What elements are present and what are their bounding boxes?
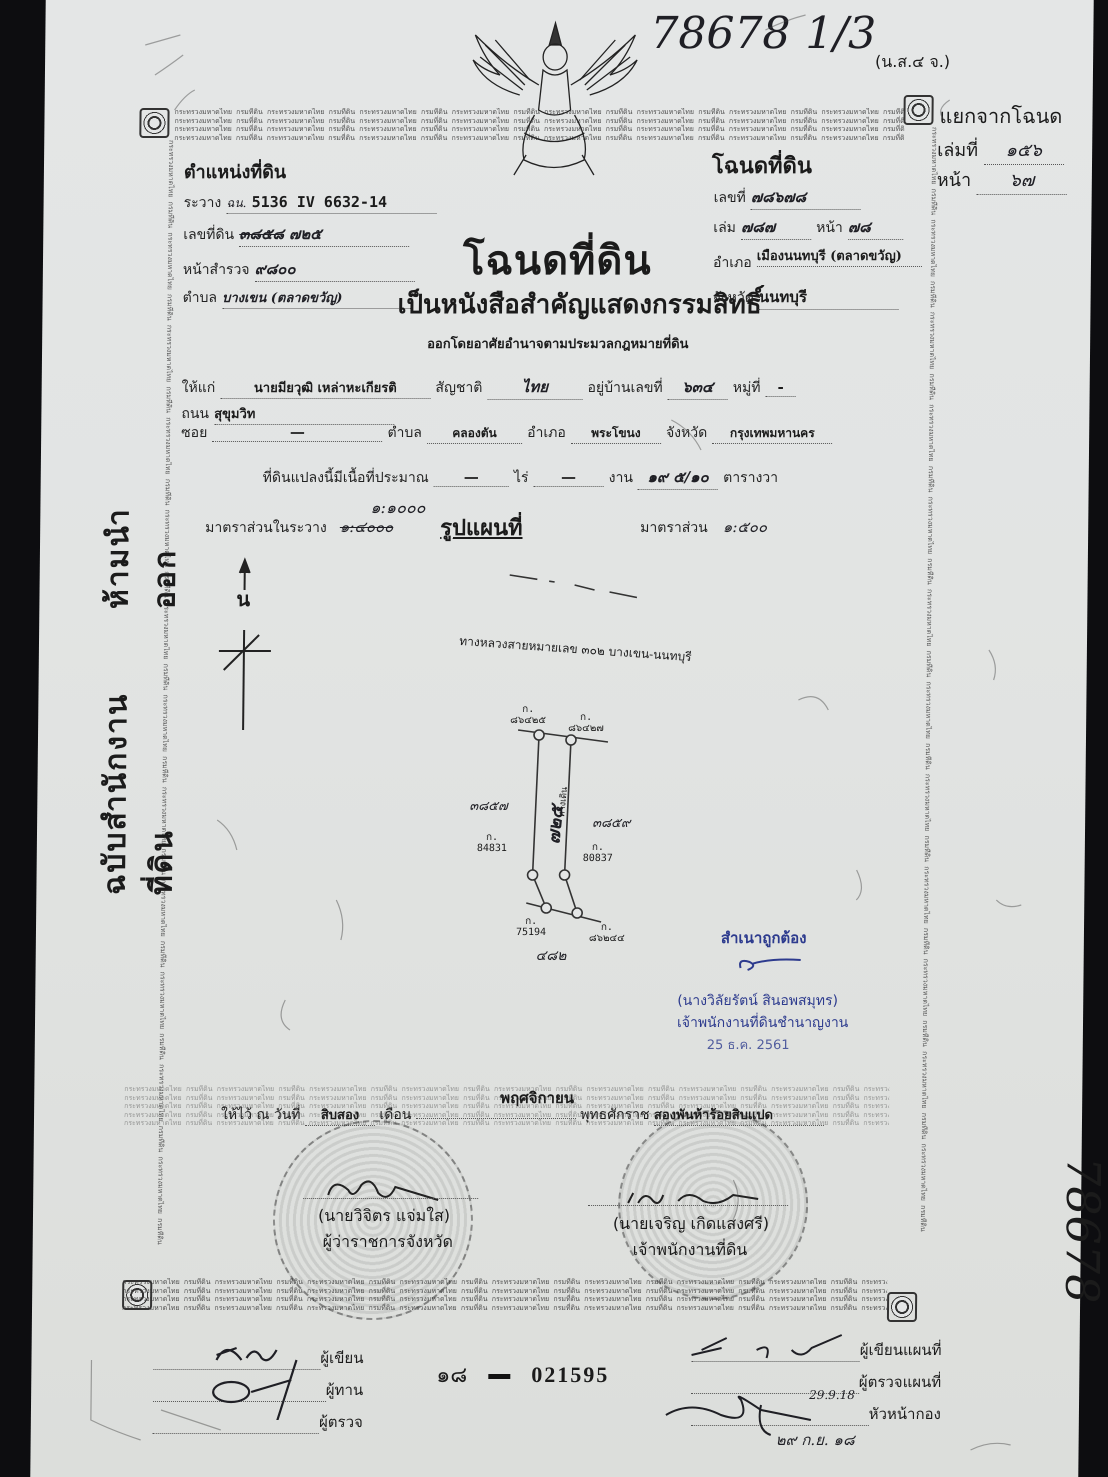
north-arrow-icon	[208, 555, 280, 735]
deed-district-value: เมืองนนทบุรี (ตลาดขวัญ)	[757, 249, 902, 264]
marker-label-5: ก.75194	[516, 916, 546, 938]
deed-province-value: นนทบุรี	[759, 288, 807, 306]
owner-row-2: ซอย — ตำบล คลองตัน อำเภอ พระโขนง จังหวัด…	[181, 422, 901, 444]
signatory-2-name: (นายเจริญ เกิดแสงศรี)	[613, 1212, 769, 1237]
owner-row-1: ให้แก่ นายมียวุฒิ เหล่าหะเกียรติ สัญชาติ…	[182, 375, 902, 400]
deed-number-value: ๗๘๖๗๘	[751, 188, 806, 206]
area-rai: —	[464, 468, 479, 486]
marker-label-3: ก.84831	[477, 832, 507, 854]
subdistrict-value: บางเขน (ตลาดขวัญ)	[222, 291, 343, 306]
parcel-map-drawing	[476, 570, 680, 950]
neighbor-parcel-east: ๓๘๕๙	[592, 812, 631, 833]
form-code: (น.ส.๔ จ.)	[875, 50, 950, 75]
marker-label-2: ก.๘๖๔๒๗	[568, 712, 604, 734]
issued-under-text: ออกโดยอาศัยอำนาจตามประมวลกฎหมายที่ดิน	[427, 333, 689, 354]
ornament-corner-top-right	[903, 95, 933, 125]
deed-number-row: เลขที่ ๗๘๖๗๘	[714, 185, 914, 210]
sheet-prefix: ฉน.	[226, 196, 246, 210]
owner-name: นายมียวุฒิ เหล่าหะเกียรติ	[254, 381, 397, 396]
signatory-2-position: เจ้าพนักงานที่ดิน	[633, 1238, 748, 1263]
deed-book-value: ๗๘๗	[741, 218, 775, 236]
watermark-bottom-band: กระทรวงมหาดไทย กรมที่ดิน กระทรวงมหาดไทย …	[122, 1278, 887, 1312]
area-sq-wa: ๑๙ ๕/๑๐	[647, 468, 708, 486]
serial-prefix: ๑๘	[436, 1363, 467, 1388]
sheet-value: 5136 IV 6632-14	[252, 193, 388, 211]
owner-tambon: คลองตัน	[452, 426, 497, 440]
owner-amphoe: พระโขนง	[591, 426, 641, 440]
split-from-book-value: ๑๕๖	[984, 135, 1064, 165]
certifier-signature	[736, 950, 806, 975]
split-from-book-label: เล่มที่	[937, 140, 978, 161]
footer-role-section-head: หัวหน้ากอง	[869, 1402, 942, 1426]
certified-copy-title: สำเนาถูกต้อง	[721, 926, 807, 950]
issued-date-row: ให้ไว้ ณ วันที่ สิบสอง เดือน พุทธศักราช …	[221, 1104, 911, 1126]
handwritten-fraction: 1/3	[805, 8, 876, 59]
area-ngan: —	[561, 468, 576, 486]
survey-page-value: ๙๘๐๐	[255, 260, 296, 278]
deed-province-row: จังหวัด นนทบุรี	[712, 285, 912, 310]
deed-page-value: ๗๘	[848, 218, 871, 236]
handwritten-record-number: 78678	[650, 8, 791, 59]
sheet-scale-struck: ๑:๔๐๐๐	[340, 518, 394, 536]
deed-district-row: อำเภอ เมืองนนทบุรี (ตลาดขวัญ)	[713, 245, 923, 274]
deed-section-title: โฉนดที่ดิน	[712, 148, 812, 183]
split-from-page: หน้า ๖๗	[937, 165, 1087, 195]
parcel-path-note: ทางเดิน	[554, 786, 571, 818]
footer-right-signatures	[661, 1330, 872, 1440]
parcel-value: ๗๒๕	[289, 225, 322, 243]
marker-label-1: ก.๘๖๔๒๕	[510, 704, 546, 726]
owner-house-no: ๖๓๔	[682, 378, 713, 396]
signatory-1-line	[303, 1198, 478, 1199]
split-from-title: แยกจากโฉนด	[939, 100, 1062, 132]
scale-row: มาตราส่วนในระวาง ๑:๔๐๐๐	[205, 515, 905, 539]
office-copy-label: ฉบับสำนักงานที่ดิน	[91, 639, 188, 895]
owner-road: สุขุมวิท	[214, 407, 255, 422]
neighbor-parcel-west: ๓๘๕๗	[469, 795, 508, 816]
do-not-remove-warning: ห้ามนำออก	[94, 455, 190, 609]
certifier-name: (นางวิลัยรัตน์ สินอพสมุทร)	[677, 990, 838, 1012]
north-label: น	[236, 583, 250, 615]
ornament-corner-bottom-right	[887, 1292, 917, 1322]
owner-moo: -	[777, 378, 783, 396]
map-scale-value: ๑:๕๐๐	[723, 518, 767, 536]
footer-left-signatures	[206, 1330, 317, 1420]
location-survey-row: หน้าสำรวจ ๙๘๐๐	[183, 257, 433, 282]
land-officer-signature	[623, 1185, 763, 1210]
owner-nationality: ไทย	[522, 378, 548, 396]
footer-role-writer: ผู้เขียน	[320, 1346, 363, 1370]
ornament-corner-top-left	[139, 108, 169, 138]
map-scale: มาตราส่วน ๑:๕๐๐	[640, 515, 767, 539]
certifier-position: เจ้าพนักงานที่ดินชำนาญงาน	[677, 1012, 849, 1034]
location-section-title: ตำแหน่งที่ดิน	[184, 157, 287, 186]
page-title: โฉนดที่ดิน	[463, 228, 652, 292]
owner-soi: —	[290, 423, 305, 441]
signatory-1-name: (นายวิจิตร แจ่มใส)	[318, 1204, 450, 1229]
footer-right-date: ๒๙ ก.ย. ๑๘	[776, 1428, 855, 1452]
location-subdistrict-row: ตำบล บางเขน (ตลาดขวัญ)	[182, 287, 432, 309]
signatory-2-line	[588, 1205, 788, 1206]
parcel-struck-value: ๓๘๕๘	[239, 225, 284, 243]
split-from-page-value: ๖๗	[977, 165, 1067, 195]
issued-day: สิบสอง	[321, 1108, 359, 1123]
footer-right-stamp-date: 29.9.18	[809, 1388, 855, 1402]
governor-signature	[323, 1175, 443, 1205]
deed-paper: กระทรวงมหาดไทย กรมที่ดิน กระทรวงมหาดไทย …	[30, 0, 1093, 1477]
garuda-emblem-icon	[464, 15, 646, 190]
footer-role-map-writer: ผู้เขียนแผนที่	[860, 1338, 942, 1362]
neighbor-parcel-south: ๔๘๒	[536, 945, 567, 967]
office-copy-banner: ฉบับสำนักงานที่ดิน ห้ามนำออก	[108, 455, 173, 895]
footer-role-inspector: ผู้ตรวจ	[319, 1410, 363, 1434]
split-from-book: เล่มที่ ๑๕๖	[937, 135, 1087, 165]
serial-number: ๑๘ 021595	[436, 1357, 609, 1392]
location-sheet-row: ระวาง ฉน. 5136 IV 6632-14	[183, 192, 443, 214]
serial-digits: 021595	[531, 1362, 609, 1387]
owner-changwat: กรุงเทพมหานคร	[730, 426, 815, 440]
signatory-1-position: ผู้ว่าราชการจังหวัด	[323, 1230, 453, 1255]
deed-book-row: เล่ม ๗๘๗ หน้า ๗๘	[713, 215, 913, 240]
area-row: ที่ดินแปลงนี้มีเนื้อที่ประมาณ — ไร่ — งา…	[263, 465, 883, 490]
split-from-page-label: หน้า	[937, 170, 972, 191]
map-title: รูปแผนที่	[440, 510, 523, 545]
certification-date: 25 ธ.ค. 2561	[707, 1034, 790, 1055]
handwritten-side-number: 78678	[1047, 1120, 1108, 1340]
page-subtitle: เป็นหนังสือสำคัญแสดงกรรมสิทธิ์	[397, 284, 762, 325]
footer-role-reviewer: ผู้ทาน	[326, 1378, 364, 1402]
marker-label-4: ก.80837	[583, 842, 613, 864]
marker-label-6: ก.๘๖๒๔๔	[589, 922, 625, 944]
location-parcel-row: เลขที่ดิน ๓๘๕๘ ๗๒๕	[183, 222, 433, 247]
